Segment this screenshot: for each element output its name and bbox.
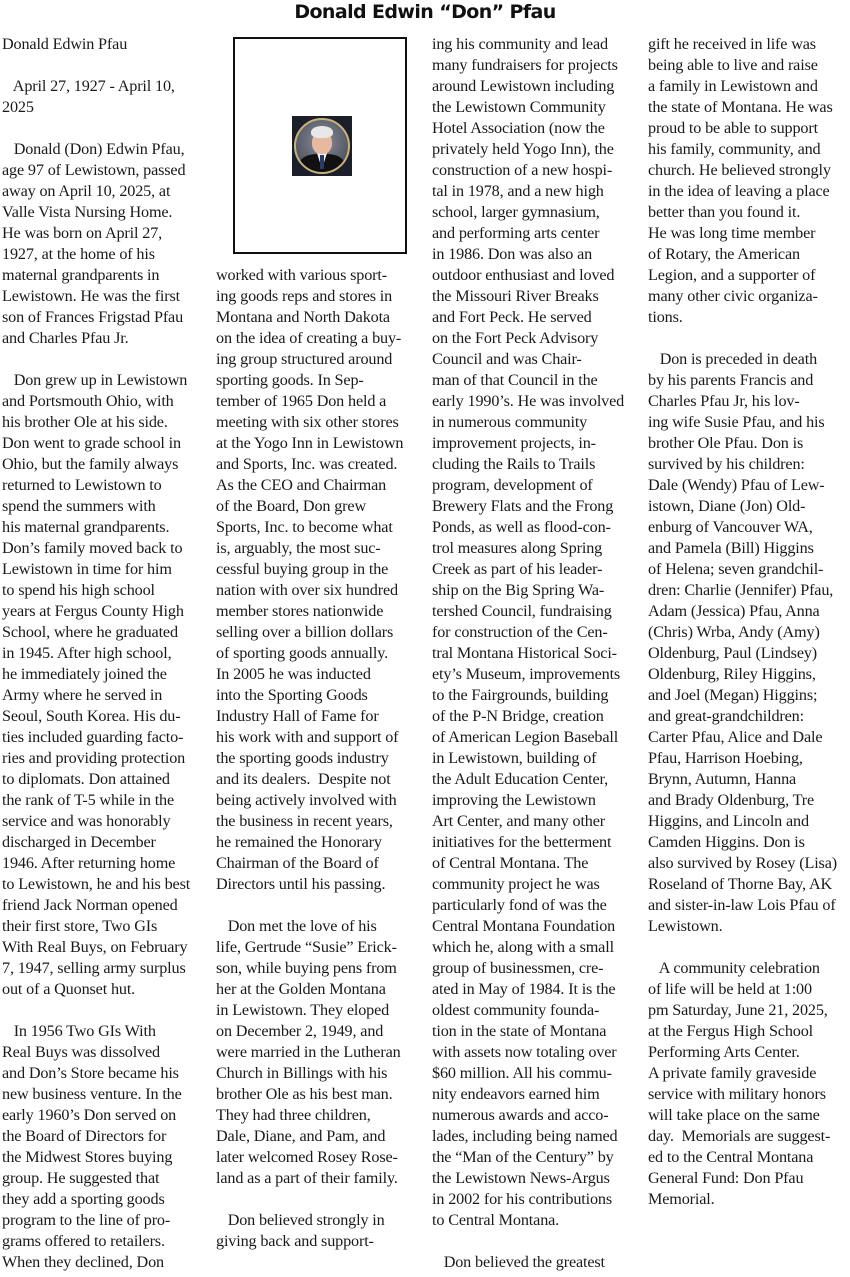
text-line: nity endeavors earned him (432, 1084, 642, 1105)
text-line: their first store, Two GIs (2, 916, 212, 937)
text-line: ing wife Susie Pfau, and his (648, 412, 850, 433)
text-line (2, 118, 212, 139)
text-line: life, Gertrude “Susie” Erick- (216, 937, 426, 958)
text-line: tal in 1978, and a new high (432, 181, 642, 202)
text-line: age 97 of Lewistown, passed (2, 160, 212, 181)
text-line: ship on the Big Spring Wa- (432, 580, 642, 601)
text-line: tral Montana Historical Soci- (432, 643, 642, 664)
text-line: and Charles Pfau Jr. (2, 328, 212, 349)
text-line: ety’s Museum, improvements (432, 664, 642, 685)
text-line: 7, 1947, selling army surplus (2, 958, 212, 979)
text-line: and Brady Oldenburg, Tre (648, 790, 850, 811)
text-line: community project he was (432, 874, 642, 895)
text-line: ing goods reps and stores in (216, 286, 426, 307)
text-line: early 1960’s Don served on (2, 1105, 212, 1126)
text-line: his maternal grandparents. (2, 517, 212, 538)
text-line: Valle Vista Nursing Home. (2, 202, 212, 223)
text-line: the Midwest Stores buying (2, 1147, 212, 1168)
text-line: in 1986. Don was also an (432, 244, 642, 265)
text-line: istown, Diane (Jon) Old- (648, 496, 850, 517)
text-line: the “Man of the Century” by (432, 1147, 642, 1168)
text-line: Brynn, Autumn, Hanna (648, 769, 850, 790)
text-line: maternal grandparents in (2, 265, 212, 286)
text-line: land as a part of their family. (216, 1168, 426, 1189)
text-line: selling over a billion dollars (216, 622, 426, 643)
text-line: service and was honorably (2, 811, 212, 832)
text-line: in 1945. After high school, (2, 643, 212, 664)
text-line: tions. (648, 307, 850, 328)
text-line: oldest community founda- (432, 1000, 642, 1021)
text-line: the Lewistown Community (432, 97, 642, 118)
text-line: Sports, Inc. to become what (216, 517, 426, 538)
text-line: for construction of the Cen- (432, 622, 642, 643)
text-line: and Pamela (Bill) Higgins (648, 538, 850, 559)
text-line: Seoul, South Korea. His du- (2, 706, 212, 727)
text-line: his family, community, and (648, 139, 850, 160)
text-line: his brother Ole at his side. (2, 412, 212, 433)
text-column-2: worked with various sport-ing goods reps… (216, 265, 426, 1252)
text-line: tershed Council, fundraising (432, 601, 642, 622)
text-line: his work with and support of (216, 727, 426, 748)
text-line: Dale (Wendy) Pfau of Lew- (648, 475, 850, 496)
text-line: he immediately joined the (2, 664, 212, 685)
text-line: group. He suggested that (2, 1168, 212, 1189)
text-line: being able to live and raise (648, 55, 850, 76)
text-line: in Lewistown. They eloped (216, 1000, 426, 1021)
text-line: survived by his children: (648, 454, 850, 475)
text-line: Ponds, as well as flood-con- (432, 517, 642, 538)
text-line: on December 2, 1949, and (216, 1021, 426, 1042)
text-line: to Central Montana. (432, 1210, 642, 1231)
text-line: years at Fergus County High (2, 601, 212, 622)
text-line: the Adult Education Center, (432, 769, 642, 790)
text-line: Pfau, Harrison Hoebing, (648, 748, 850, 769)
text-line: Dale, Diane, and Pam, and (216, 1126, 426, 1147)
text-line: were married in the Lutheran (216, 1042, 426, 1063)
text-line: With Real Buys, on February (2, 937, 212, 958)
text-line: gift he received in life was (648, 34, 850, 55)
text-line: returned to Lewistown to (2, 475, 212, 496)
text-line: (Chris) Wrba, Andy (Amy) (648, 622, 850, 643)
text-line: 1946. After returning home (2, 853, 212, 874)
text-line: Oldenburg, Riley Higgins, (648, 664, 850, 685)
text-line: also survived by Rosey (Lisa) (648, 853, 850, 874)
text-line: friend Jack Norman opened (2, 895, 212, 916)
text-line: construction of a new hospi- (432, 160, 642, 181)
text-line: Adam (Jessica) Pfau, Anna (648, 601, 850, 622)
portrait-ring (294, 118, 350, 174)
text-line: ed to the Central Montana (648, 1147, 850, 1168)
text-line: to diplomats. Don attained (2, 769, 212, 790)
text-line: and its dealers. Despite not (216, 769, 426, 790)
text-line: of the Board, Don grew (216, 496, 426, 517)
text-line: Roseland of Thorne Bay, AK (648, 874, 850, 895)
text-line: tember of 1965 Don held a (216, 391, 426, 412)
text-line (2, 55, 212, 76)
text-line: ries and providing protection (2, 748, 212, 769)
text-line: meeting with six other stores (216, 412, 426, 433)
text-line (216, 895, 426, 916)
text-line: privately held Yogo Inn), the (432, 139, 642, 160)
text-line: being actively involved with (216, 790, 426, 811)
text-line: many fundraisers for projects (432, 55, 642, 76)
text-line: to Lewistown, he and his best (2, 874, 212, 895)
text-line: the business in recent years, (216, 811, 426, 832)
text-line: group of businessmen, cre- (432, 958, 642, 979)
text-line: of American Legion Baseball (432, 727, 642, 748)
text-line: of sporting goods annually. (216, 643, 426, 664)
text-line: Directors until his passing. (216, 874, 426, 895)
text-line: Performing Arts Center. (648, 1042, 850, 1063)
text-line: early 1990’s. He was involved (432, 391, 642, 412)
text-line: School, where he graduated (2, 622, 212, 643)
text-line: He was long time member (648, 223, 850, 244)
text-line: of life will be held at 1:00 (648, 979, 850, 1000)
text-line: enburg of Vancouver WA, (648, 517, 850, 538)
portrait-tie (320, 155, 324, 169)
text-line: Don believed strongly in (216, 1210, 426, 1231)
text-line: Don met the love of his (216, 916, 426, 937)
text-line (648, 328, 850, 349)
text-line: discharged in December (2, 832, 212, 853)
text-line: new business venture. In the (2, 1084, 212, 1105)
text-line: Ohio, but the family always (2, 454, 212, 475)
text-line: around Lewistown including (432, 76, 642, 97)
text-line: into the Sporting Goods (216, 685, 426, 706)
text-line: brother Ole Pfau. Don is (648, 433, 850, 454)
text-line: lades, including being named (432, 1126, 642, 1147)
text-line: Legion, and a supporter of (648, 265, 850, 286)
text-line: ties included guarding facto- (2, 727, 212, 748)
text-line: April 27, 1927 - April 10, (2, 76, 212, 97)
text-line: Army where he served in (2, 685, 212, 706)
text-line: a family in Lewistown and (648, 76, 850, 97)
text-line: day. Memorials are suggest- (648, 1126, 850, 1147)
text-line: in numerous community (432, 412, 642, 433)
obituary-title: Donald Edwin “Don” Pfau (0, 0, 850, 26)
text-line: Montana and North Dakota (216, 307, 426, 328)
text-line: outdoor enthusiast and loved (432, 265, 642, 286)
text-line: by his parents Francis and (648, 370, 850, 391)
text-line: As the CEO and Chairman (216, 475, 426, 496)
text-line: Creek as part of his leader- (432, 559, 642, 580)
text-line: cessful buying group in the (216, 559, 426, 580)
text-line: proud to be able to support (648, 118, 850, 139)
text-line: Donald (Don) Edwin Pfau, (2, 139, 212, 160)
text-line: her at the Golden Montana (216, 979, 426, 1000)
text-line: member stores nationwide (216, 601, 426, 622)
text-line: A community celebration (648, 958, 850, 979)
text-line: he remained the Honorary (216, 832, 426, 853)
text-line: with assets now totaling over (432, 1042, 642, 1063)
text-line: He was born on April 27, (2, 223, 212, 244)
text-line: Don grew up in Lewistown (2, 370, 212, 391)
text-line: on the idea of creating a buy- (216, 328, 426, 349)
text-line: of Central Montana. The (432, 853, 642, 874)
text-line: program, development of (432, 475, 642, 496)
text-line: Donald Edwin Pfau (2, 34, 212, 55)
text-line: Charles Pfau Jr, his lov- (648, 391, 850, 412)
text-line: Hotel Association (now the (432, 118, 642, 139)
text-line (432, 1231, 642, 1252)
text-line: will take place on the same (648, 1105, 850, 1126)
text-line: and performing arts center (432, 223, 642, 244)
text-line: school, larger gymnasium, (432, 202, 642, 223)
text-line (2, 1000, 212, 1021)
text-line: Council and was Chair- (432, 349, 642, 370)
photo-frame (233, 37, 407, 254)
text-column-4: gift he received in life wasbeing able t… (648, 34, 850, 1210)
text-line: and great-grandchildren: (648, 706, 850, 727)
text-line: $60 million. All his commu- (432, 1063, 642, 1084)
text-line: at the Yogo Inn in Lewistown (216, 433, 426, 454)
text-line (2, 349, 212, 370)
text-line: initiatives for the betterment (432, 832, 642, 853)
text-line: General Fund: Don Pfau (648, 1168, 850, 1189)
text-line: later welcomed Rosey Rose- (216, 1147, 426, 1168)
text-line: program to the line of pro- (2, 1210, 212, 1231)
text-line: Church in Billings with his (216, 1063, 426, 1084)
text-line: of Rotary, the American (648, 244, 850, 265)
text-line (216, 1189, 426, 1210)
text-line: is, arguably, the most suc- (216, 538, 426, 559)
text-column-3: ing his community and leadmany fundraise… (432, 34, 642, 1273)
text-line: the sporting goods industry (216, 748, 426, 769)
text-line: which he, along with a small (432, 937, 642, 958)
text-line: Art Center, and many other (432, 811, 642, 832)
text-column-1: Donald Edwin Pfau April 27, 1927 - April… (2, 34, 212, 1273)
text-line: Don believed the greatest (432, 1252, 642, 1273)
text-line: and sister-in-law Lois Pfau of (648, 895, 850, 916)
text-line: Don’s family moved back to (2, 538, 212, 559)
text-line: grams offered to retailers. (2, 1231, 212, 1252)
text-line: of the P-N Bridge, creation (432, 706, 642, 727)
text-line: Lewistown. He was the first (2, 286, 212, 307)
portrait-hair (311, 126, 333, 138)
text-line: service with military honors (648, 1084, 850, 1105)
text-line: the Board of Directors for (2, 1126, 212, 1147)
text-line: to the Fairgrounds, building (432, 685, 642, 706)
text-line: Lewistown. (648, 916, 850, 937)
text-line: out of a Quonset hut. (2, 979, 212, 1000)
text-line: the Lewistown News-Argus (432, 1168, 642, 1189)
text-line: spend the summers with (2, 496, 212, 517)
text-line: Carter Pfau, Alice and Dale (648, 727, 850, 748)
text-line: brother Ole as his best man. (216, 1084, 426, 1105)
text-line: nation with over six hundred (216, 580, 426, 601)
text-line: and Don’s Store became his (2, 1063, 212, 1084)
text-line: Memorial. (648, 1189, 850, 1210)
text-line: When they declined, Don (2, 1252, 212, 1273)
text-line: In 2005 he was inducted (216, 664, 426, 685)
text-line: dren: Charlie (Jennifer) Pfau, (648, 580, 850, 601)
text-line: cluding the Rails to Trails (432, 454, 642, 475)
text-line: sporting goods. In Sep- (216, 370, 426, 391)
text-line: Industry Hall of Fame for (216, 706, 426, 727)
text-line: at the Fergus High School (648, 1021, 850, 1042)
text-line: in 2002 for his contributions (432, 1189, 642, 1210)
text-line: improving the Lewistown (432, 790, 642, 811)
text-line: and Fort Peck. He served (432, 307, 642, 328)
text-line: the rank of T-5 while in the (2, 790, 212, 811)
text-line: ing group structured around (216, 349, 426, 370)
text-line: man of that Council in the (432, 370, 642, 391)
text-line: and Portsmouth Ohio, with (2, 391, 212, 412)
text-line: A private family graveside (648, 1063, 850, 1084)
text-line: Don is preceded in death (648, 349, 850, 370)
text-line: Higgins, and Lincoln and (648, 811, 850, 832)
text-line: 1927, at the home of his (2, 244, 212, 265)
text-line: Central Montana Foundation (432, 916, 642, 937)
text-line: ated in May of 1984. It is the (432, 979, 642, 1000)
portrait-photo (292, 116, 352, 176)
text-line: numerous awards and acco- (432, 1105, 642, 1126)
text-line: pm Saturday, June 21, 2025, (648, 1000, 850, 1021)
text-line: particularly fond of was the (432, 895, 642, 916)
text-line: improvement projects, in- (432, 433, 642, 454)
text-line: worked with various sport- (216, 265, 426, 286)
text-line: trol measures along Spring (432, 538, 642, 559)
text-line: they add a sporting goods (2, 1189, 212, 1210)
text-line: the state of Montana. He was (648, 97, 850, 118)
text-line: 2025 (2, 97, 212, 118)
text-line (648, 937, 850, 958)
text-line: tion in the state of Montana (432, 1021, 642, 1042)
text-line: In 1956 Two GIs With (2, 1021, 212, 1042)
text-line: Lewistown in time for him (2, 559, 212, 580)
text-line: better than you found it. (648, 202, 850, 223)
text-line: son, while buying pens from (216, 958, 426, 979)
text-line: and Sports, Inc. was created. (216, 454, 426, 475)
text-line: Real Buys was dissolved (2, 1042, 212, 1063)
text-line: Camden Higgins. Don is (648, 832, 850, 853)
text-line: giving back and support- (216, 1231, 426, 1252)
text-line: in Lewistown, building of (432, 748, 642, 769)
text-line: many other civic organiza- (648, 286, 850, 307)
text-line: to spend his high school (2, 580, 212, 601)
text-line: son of Frances Frigstad Pfau (2, 307, 212, 328)
text-line: of Helena; seven grandchil- (648, 559, 850, 580)
text-line: in the idea of leaving a place (648, 181, 850, 202)
text-line: on the Fort Peck Advisory (432, 328, 642, 349)
text-line: Brewery Flats and the Frong (432, 496, 642, 517)
text-line: Don went to grade school in (2, 433, 212, 454)
text-line: church. He believed strongly (648, 160, 850, 181)
text-line: and Joel (Megan) Higgins; (648, 685, 850, 706)
text-line: away on April 10, 2025, at (2, 181, 212, 202)
text-line: Chairman of the Board of (216, 853, 426, 874)
text-line: ing his community and lead (432, 34, 642, 55)
text-line: Oldenburg, Paul (Lindsey) (648, 643, 850, 664)
text-line: They had three children, (216, 1105, 426, 1126)
text-line: the Missouri River Breaks (432, 286, 642, 307)
